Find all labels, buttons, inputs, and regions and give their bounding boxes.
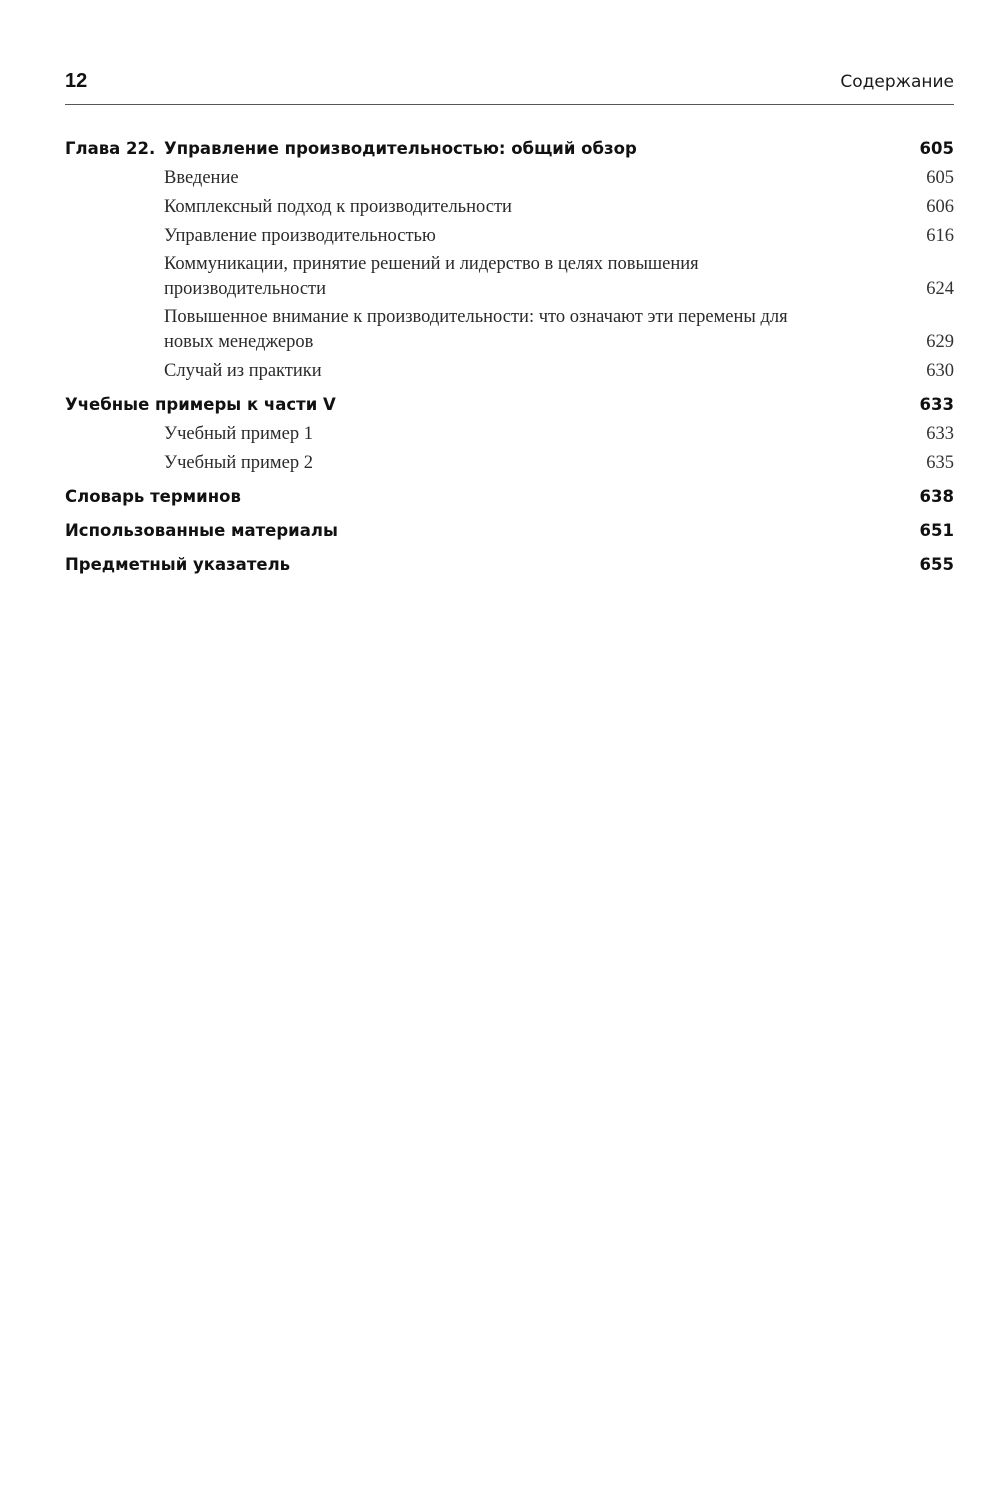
chapter-title: Управление производительностью: общий об… <box>164 139 637 158</box>
toc-section-entry[interactable]: Учебный пример 2 635 <box>65 450 954 476</box>
toc-section-entry[interactable]: Коммуникации, принятие решений и лидерст… <box>65 252 954 302</box>
page-ref: 633 <box>920 392 954 418</box>
page-ref: 605 <box>926 165 954 191</box>
section-title: Коммуникации, принятие решений и лидерст… <box>164 252 824 302</box>
page-ref: 606 <box>926 194 954 220</box>
toc-section-entry[interactable]: Случай из практики 630 <box>65 358 954 384</box>
page-ref: 655 <box>920 552 954 578</box>
page-header: 12 Содержание <box>65 66 954 106</box>
section-title: Введение <box>164 168 239 188</box>
entry-title: Предметный указатель <box>65 555 290 574</box>
page-number: 12 <box>65 70 87 93</box>
page-ref: 635 <box>926 450 954 476</box>
chapter-number: Глава 22. <box>65 136 164 162</box>
part-title: Учебные примеры к части V <box>65 395 336 414</box>
toc-section-entry[interactable]: Введение 605 <box>65 165 954 191</box>
toc-index-entry[interactable]: Предметный указатель 655 <box>65 552 954 578</box>
section-title: Повышенное внимание к производительности… <box>164 305 824 355</box>
entry-title: Использованные материалы <box>65 521 338 540</box>
toc-section-entry[interactable]: Управление производительностью 616 <box>65 223 954 249</box>
section-title: Комплексный подход к производительности <box>164 197 512 217</box>
page-ref: 630 <box>926 358 954 384</box>
toc-part-entry[interactable]: Учебные примеры к части V 633 <box>65 392 954 418</box>
toc-section-entry[interactable]: Комплексный подход к производительности … <box>65 194 954 220</box>
page-ref: 629 <box>926 329 954 355</box>
entry-title: Словарь терминов <box>65 487 241 506</box>
toc-glossary-entry[interactable]: Словарь терминов 638 <box>65 484 954 510</box>
table-of-contents: Глава 22.Управление производительностью:… <box>65 136 954 578</box>
section-title: Управление производительностью <box>164 226 436 246</box>
page-ref: 616 <box>926 223 954 249</box>
toc-section-entry[interactable]: Повышенное внимание к производительности… <box>65 305 954 355</box>
section-title: Учебный пример 2 <box>164 453 313 473</box>
page-ref: 624 <box>926 276 954 302</box>
running-title: Содержание <box>840 72 954 92</box>
toc-chapter-entry[interactable]: Глава 22.Управление производительностью:… <box>65 136 954 162</box>
toc-references-entry[interactable]: Использованные материалы 651 <box>65 518 954 544</box>
page-ref: 638 <box>920 484 954 510</box>
section-title: Случай из практики <box>164 361 322 381</box>
section-title: Учебный пример 1 <box>164 424 313 444</box>
toc-section-entry[interactable]: Учебный пример 1 633 <box>65 421 954 447</box>
header-divider <box>65 104 954 105</box>
page-ref: 605 <box>920 136 954 162</box>
page-ref: 633 <box>926 421 954 447</box>
page-ref: 651 <box>920 518 954 544</box>
